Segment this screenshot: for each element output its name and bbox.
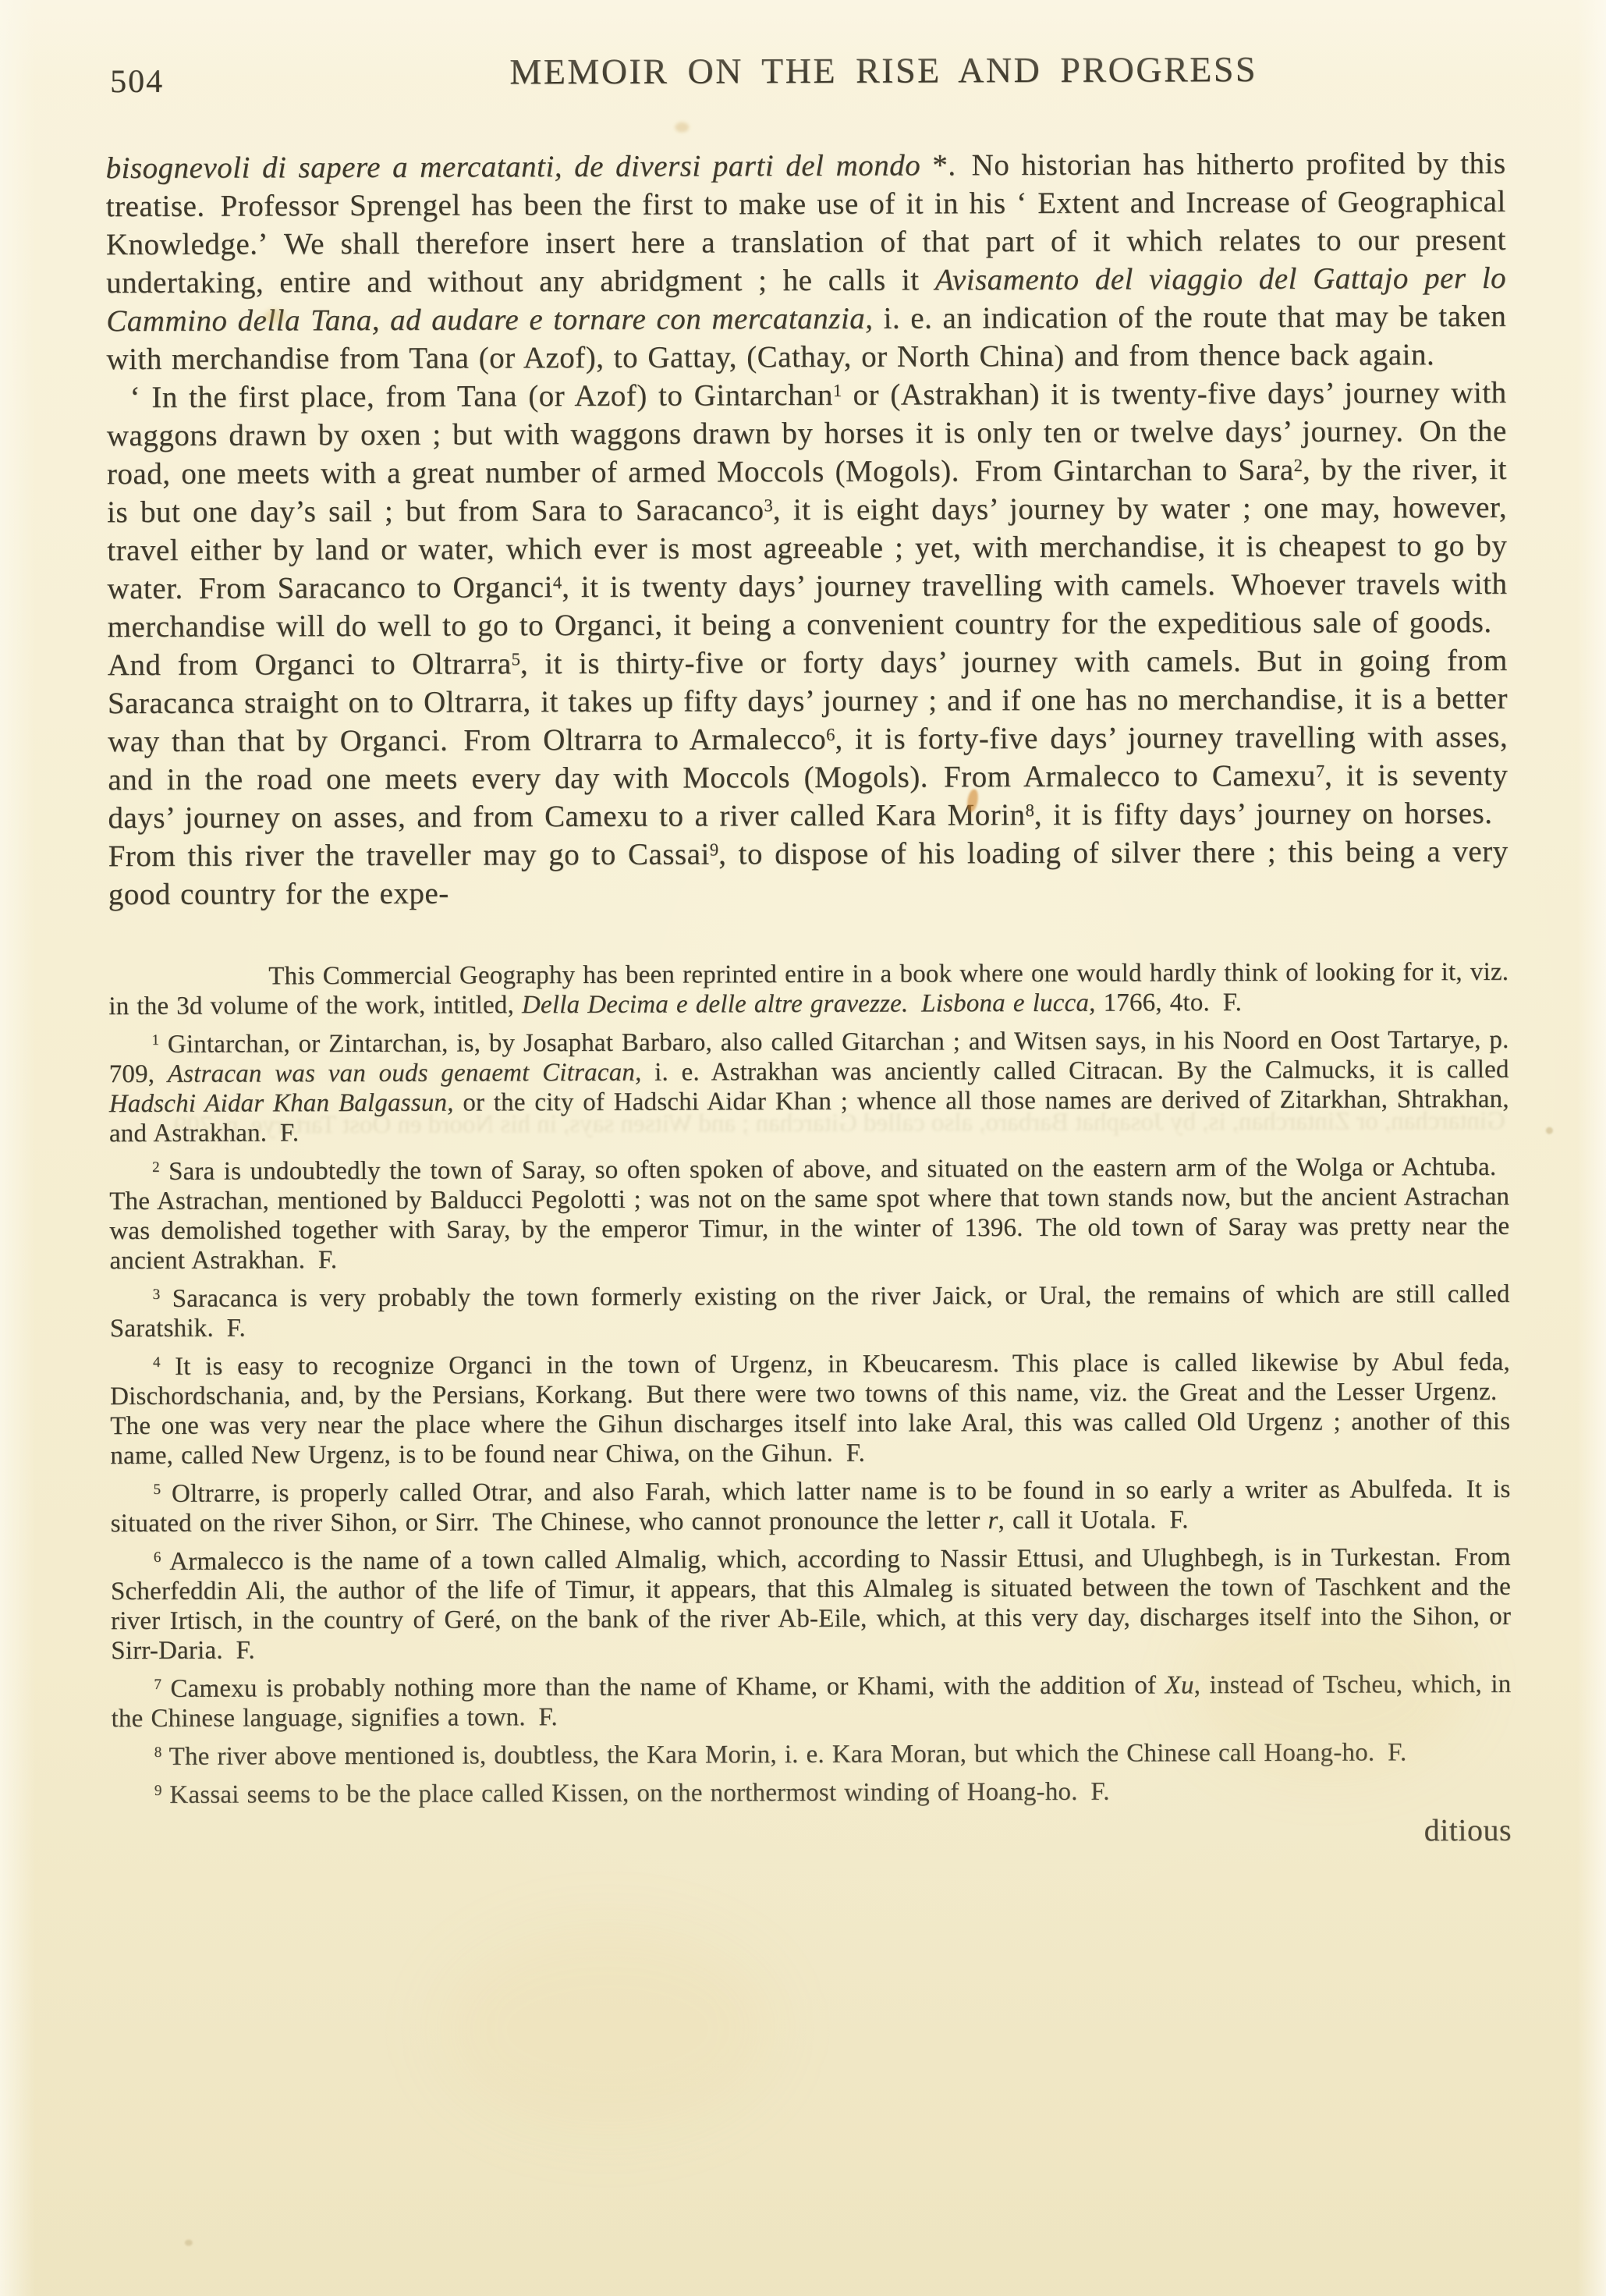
footnote-text: Saracanca is very probably the town form… [110, 1280, 1510, 1343]
footnote-7: 7 Camexu is probably nothing more than t… [111, 1670, 1511, 1734]
footnote-marker: 6 [154, 1549, 161, 1566]
catchword: ditious [112, 1812, 1512, 1853]
page-content: bisognevoli di sapere a mercatanti, de d… [106, 144, 1512, 1853]
main-paragraph-itinerary: ‘ In the first place, from Tana (or Azof… [107, 374, 1509, 914]
footnotes-section: This Commercial Geography has been repri… [108, 957, 1512, 1810]
running-title: MEMOIR ON THE RISE AND PROGRESS [105, 48, 1505, 94]
footnote-marker: 3 [153, 1286, 161, 1303]
footnote-marker: 7 [154, 1677, 161, 1693]
footnote-marker: 5 [153, 1482, 161, 1498]
page-header: 504 MEMOIR ON THE RISE AND PROGRESS [105, 48, 1505, 115]
footnote-8: 8 The river above mentioned is, doubtles… [112, 1737, 1512, 1772]
foxing-spot [1546, 1127, 1553, 1134]
page-number: 504 [110, 63, 164, 101]
footnote-6: 6 Armalecco is the name of a town called… [111, 1542, 1512, 1666]
footnote-text: Gintarchan, or Zintarchan, is, by Josaph… [109, 1026, 1509, 1148]
footnote-3: 3 Saracanca is very probably the town fo… [110, 1279, 1510, 1343]
book-page-scan: 504 MEMOIR ON THE RISE AND PROGRESS Gint… [0, 0, 1606, 2296]
footnote-marker: 9 [154, 1783, 162, 1799]
footnote-marker: 2 [152, 1159, 160, 1176]
footnote-text: Armalecco is the name of a town called A… [111, 1543, 1511, 1665]
footnote-5: 5 Oltrarre, is properly called Otrar, an… [110, 1474, 1510, 1538]
footnote-text: Oltrarre, is properly called Otrar, and … [111, 1475, 1511, 1538]
page-tilt-wrapper: 504 MEMOIR ON THE RISE AND PROGRESS Gint… [0, 0, 1606, 2296]
footnote-4: 4 It is easy to recognize Organci in the… [110, 1347, 1511, 1471]
footnote-marker: 1 [151, 1032, 159, 1049]
foxing-spot [185, 2240, 193, 2246]
foxing-spot [675, 122, 689, 133]
footnote-9: 9 Kassai seems to be the place called Ki… [112, 1776, 1512, 1810]
footnote-text: Sara is undoubtedly the town of Saray, s… [109, 1153, 1509, 1275]
footnote-asterisk: This Commercial Geography has been repri… [108, 957, 1509, 1021]
footnote-marker: 4 [153, 1354, 161, 1371]
footnote-text: This Commercial Geography has been repri… [108, 958, 1509, 1020]
footnote-marker: 8 [154, 1744, 162, 1761]
footnote-text: Kassai seems to be the place called Kiss… [161, 1778, 1109, 1809]
footnote-text: The river above mentioned is, doubtless,… [161, 1738, 1406, 1771]
footnote-2: 2 Sara is undoubtedly the town of Saray,… [109, 1152, 1510, 1276]
footnote-text: Camexu is probably nothing more than the… [111, 1670, 1511, 1733]
paper-tone-blotch [439, 1927, 775, 2131]
footnote-text: It is easy to recognize Organci in the t… [110, 1348, 1510, 1470]
main-paragraph-continued: bisognevoli di sapere a mercatanti, de d… [106, 144, 1507, 378]
footnote-1: 1 Gintarchan, or Zintarchan, is, by Josa… [108, 1025, 1509, 1148]
